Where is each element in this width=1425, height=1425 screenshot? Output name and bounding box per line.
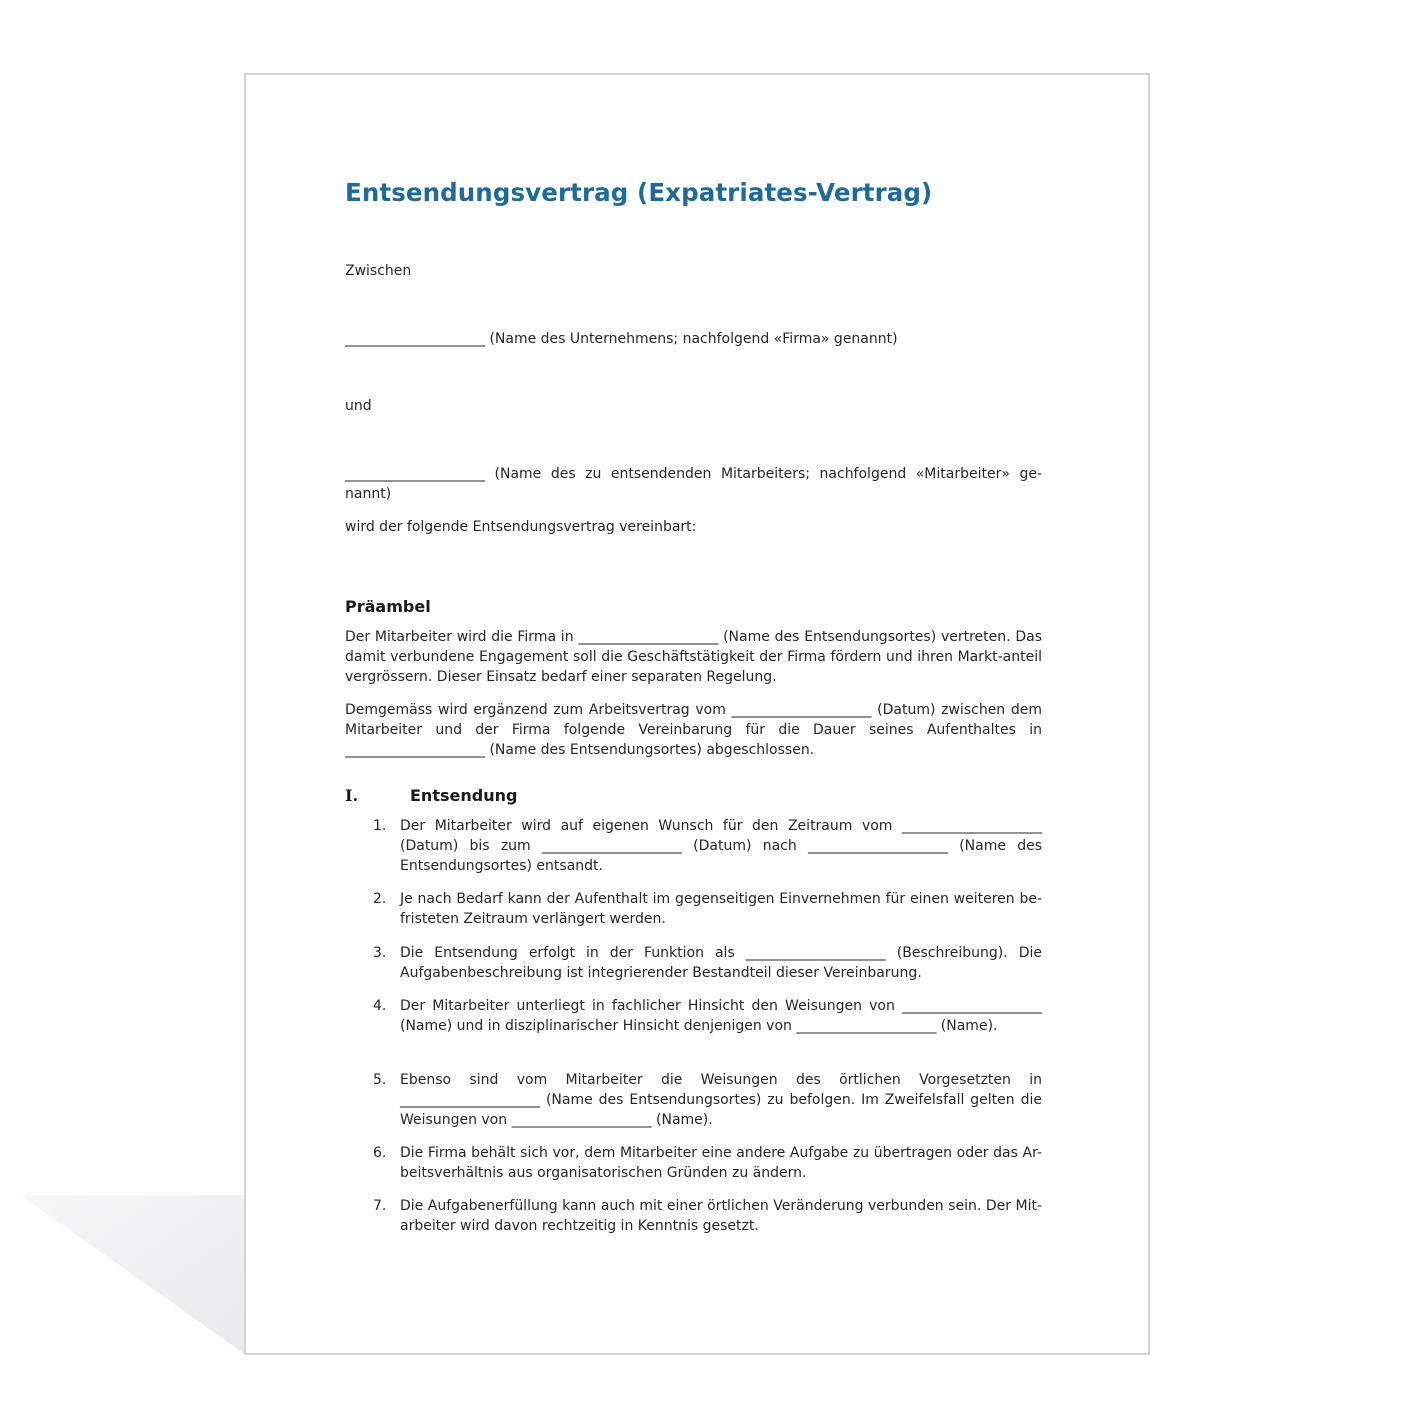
list-item-text: Der Mitarbeiter unterliegt in fachlicher… xyxy=(400,996,1042,1036)
list-item-text: Die Entsendung erfolgt in der Funktion a… xyxy=(400,943,1042,983)
list-item-number: 7. xyxy=(373,1196,386,1216)
list-item-text: Der Mitarbeiter wird auf eigenen Wunsch … xyxy=(400,816,1042,876)
intro-and: und xyxy=(345,396,1042,416)
list-item-number: 3. xyxy=(373,943,386,963)
section-heading: Entsendung xyxy=(410,786,517,805)
intro-agreement: wird der folgende Entsendungsvertrag ver… xyxy=(345,517,1042,537)
list-item-text: Je nach Bedarf kann der Aufenthalt im ge… xyxy=(400,889,1042,929)
list-item-number: 6. xyxy=(373,1143,386,1163)
list-item-number: 5. xyxy=(373,1070,386,1090)
list-item-text: Ebenso sind vom Mitarbeiter die Weisunge… xyxy=(400,1070,1042,1130)
preamble-paragraph: Demgemäss wird ergänzend zum Arbeitsvert… xyxy=(345,700,1042,760)
section-number: I. xyxy=(345,786,358,805)
preamble-paragraph: Der Mitarbeiter wird die Firma in ______… xyxy=(345,627,1042,687)
list-item-text: Die Aufgabenerfüllung kann auch mit eine… xyxy=(400,1196,1042,1236)
list-item-number: 1. xyxy=(373,816,386,836)
document-title: Entsendungsvertrag (Expatriates-Vertrag) xyxy=(345,178,932,207)
intro-party-employee: ____________________ (Name des zu entsen… xyxy=(345,464,1042,504)
list-item-number: 2. xyxy=(373,889,386,909)
intro-party-company: ____________________ (Name des Unternehm… xyxy=(345,329,1042,349)
document-page: Entsendungsvertrag (Expatriates-Vertrag)… xyxy=(244,73,1150,1355)
intro-between: Zwischen xyxy=(345,261,1042,281)
list-item-number: 4. xyxy=(373,996,386,1016)
list-item-text: Die Firma behält sich vor, dem Mitarbeit… xyxy=(400,1143,1042,1183)
preamble-heading: Präambel xyxy=(345,597,431,616)
